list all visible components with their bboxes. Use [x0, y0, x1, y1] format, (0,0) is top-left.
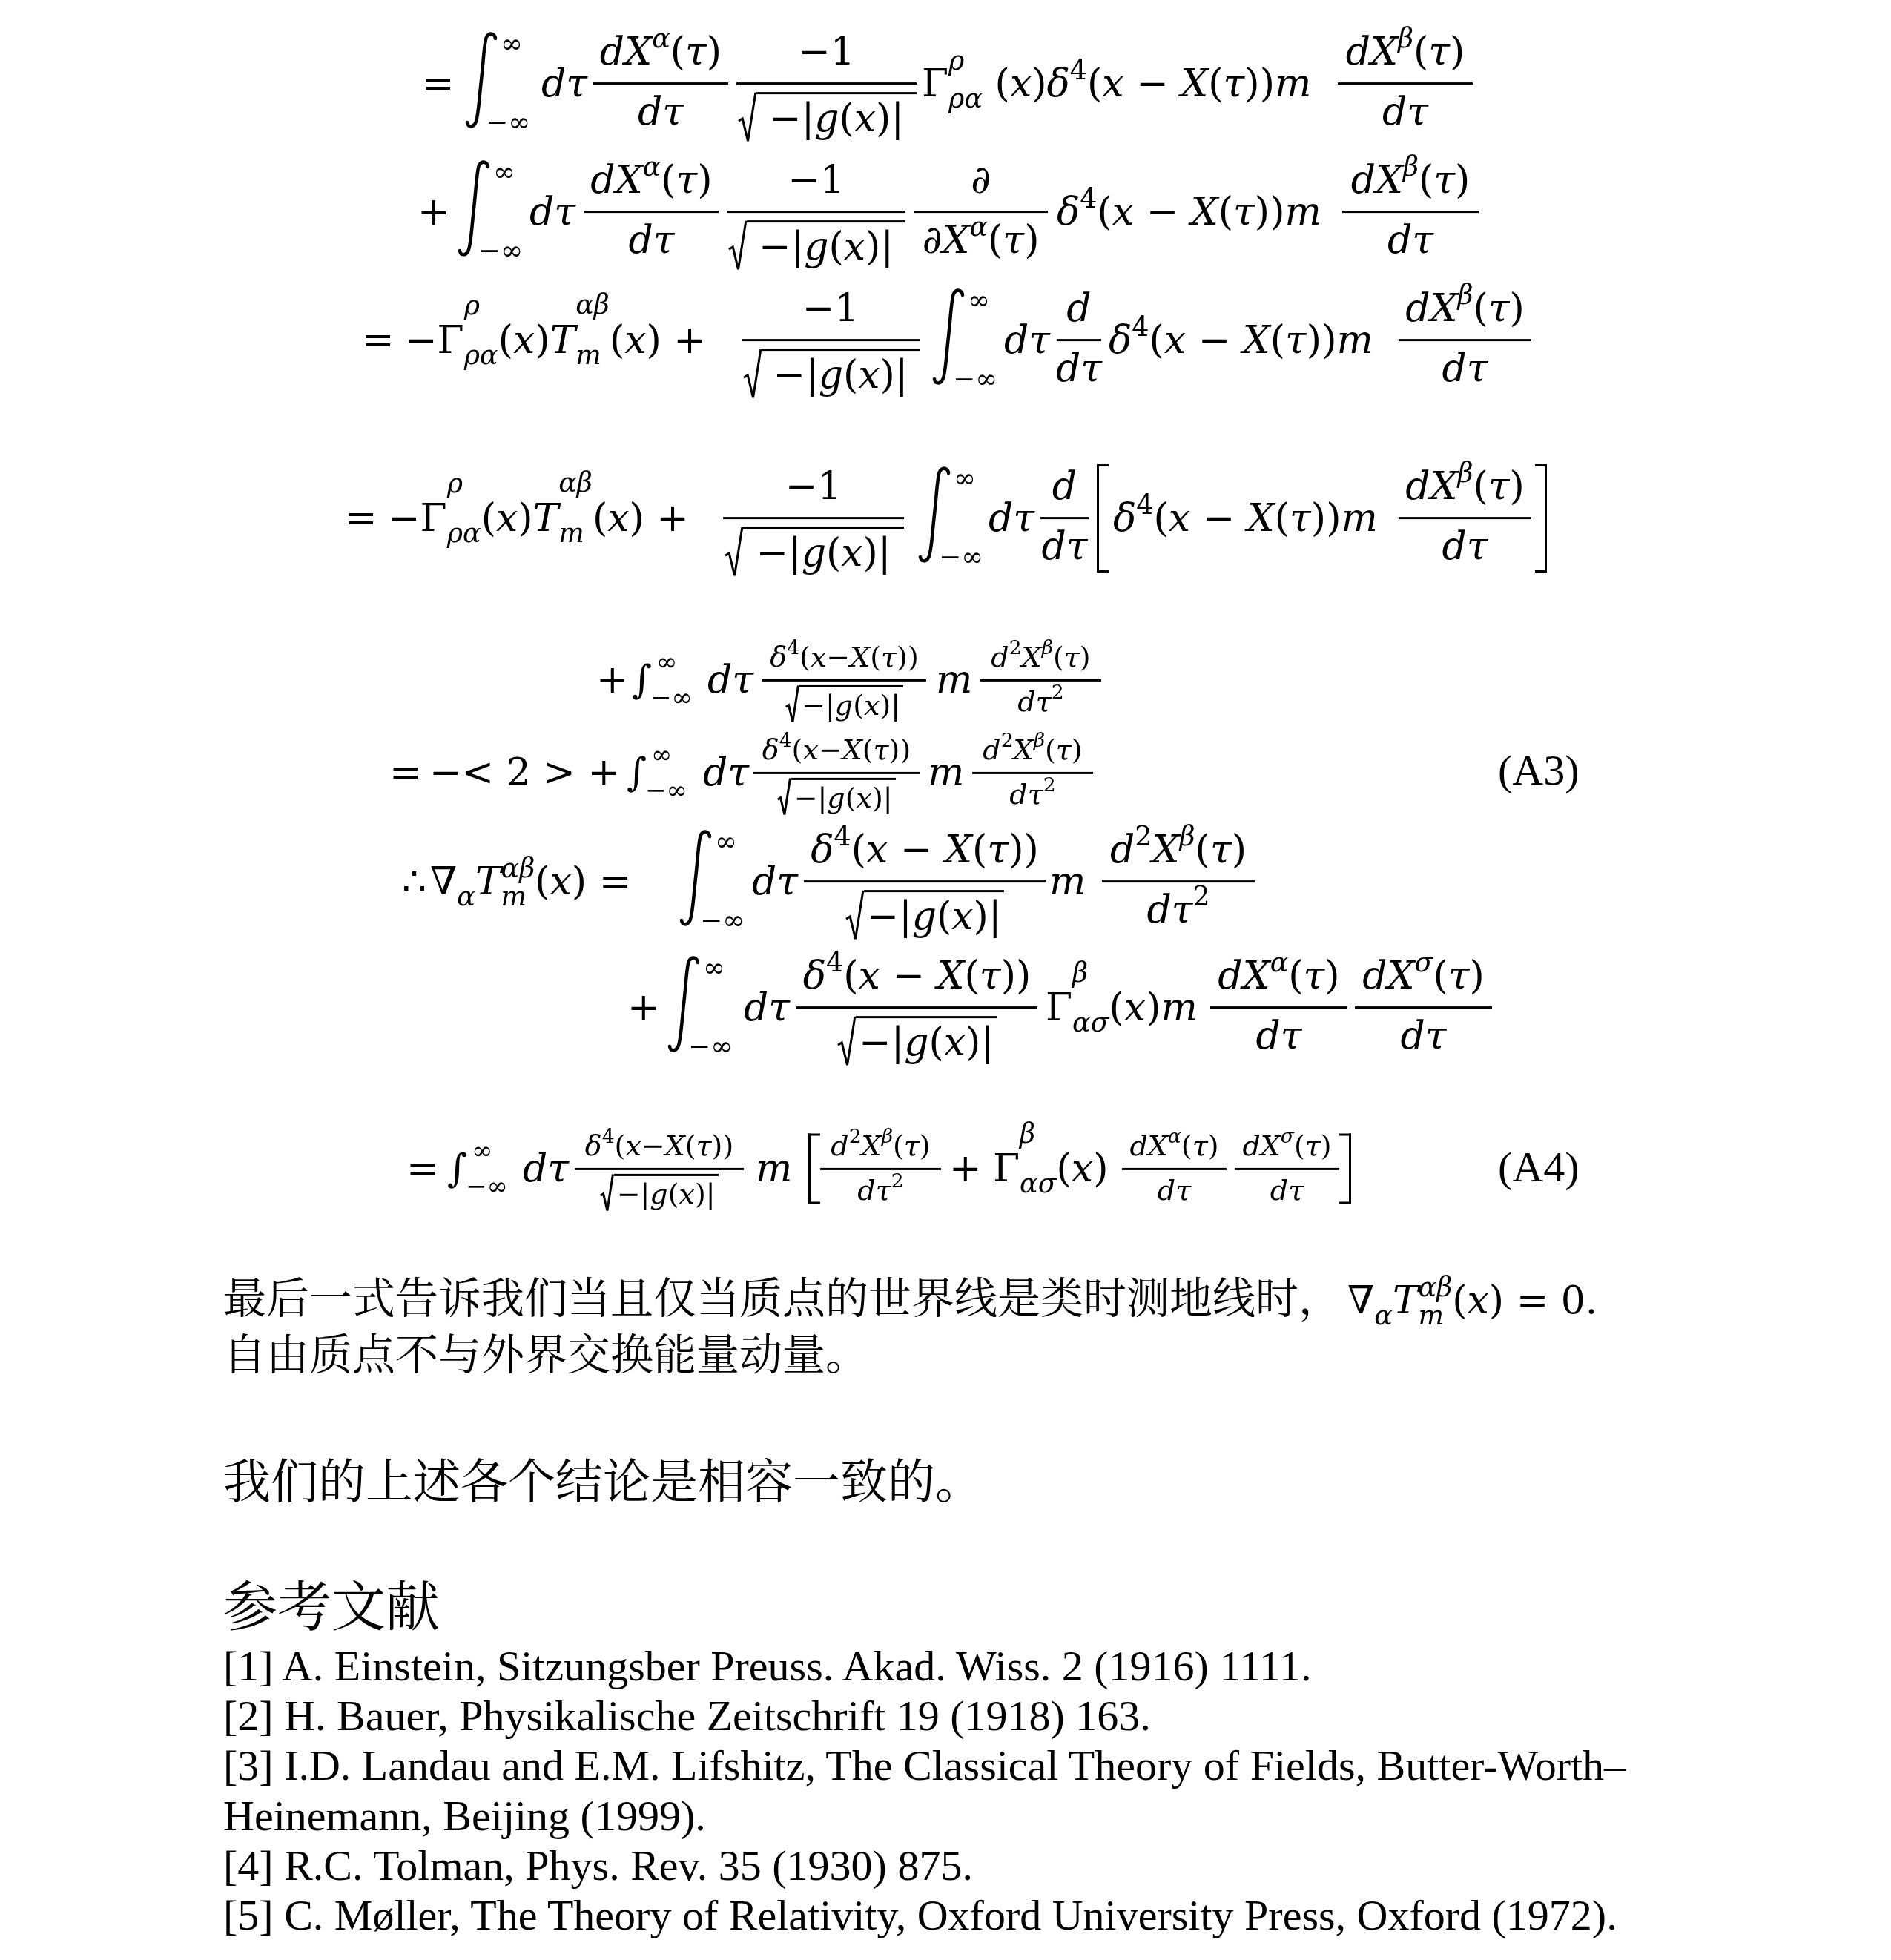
superscript: 4: [1136, 489, 1153, 521]
upright-glyph: −: [641, 1129, 665, 1162]
delta-function-term: δ4(x − X(τ))m: [1113, 495, 1378, 541]
upright-glyph: ): [1307, 318, 1321, 363]
left-square-bracket: [1097, 464, 1109, 573]
upright-glyph: ): [722, 1129, 733, 1162]
numerator-tail: (τ): [1473, 464, 1524, 509]
reference-item-2: [2] H. Bauer, Physikalische Zeitschrift …: [223, 1695, 1151, 1738]
fraction-second-derivative: d2Xβ(τ) dτ2: [820, 1129, 941, 1208]
term-text: (x): [1057, 1146, 1109, 1191]
numerator: ∂: [968, 157, 994, 211]
radical-sign-icon: [837, 1017, 856, 1066]
upright-glyph: (: [862, 733, 874, 766]
upright-glyph: −: [429, 750, 462, 795]
upright-glyph: −: [1146, 190, 1179, 234]
upright-glyph: −: [819, 733, 842, 766]
upright-glyph: ∞: [672, 683, 693, 713]
upright-glyph: (: [972, 828, 987, 872]
superscript: α: [643, 151, 661, 182]
upright-glyph: 2: [1009, 636, 1022, 659]
upright-glyph: >: [543, 750, 575, 795]
divergence-term: ∇αTαβm(x) =: [430, 859, 631, 905]
denominator: dτ: [1155, 1170, 1194, 1208]
equals-sign: =: [389, 750, 422, 796]
denominator: dτ: [1385, 214, 1436, 264]
right-square-bracket: [1339, 1134, 1351, 1204]
upright-glyph: (: [799, 641, 811, 673]
upright-glyph: ): [1080, 641, 1091, 673]
upright-glyph: (: [828, 225, 843, 270]
numerator-tail: (τ): [1181, 1129, 1219, 1162]
fraction-delta-over-sqrt-g: δ4(x−X(τ)) −|g(x)|: [762, 638, 926, 722]
upright-glyph: =: [389, 750, 422, 795]
denominator-text: dτ: [1382, 90, 1428, 135]
upright-glyph: (: [893, 1129, 904, 1162]
christoffel-term: Γασβ(x): [993, 1146, 1108, 1192]
denominator: dτ2: [854, 1170, 906, 1208]
denominator: dτ: [1038, 520, 1090, 570]
integral-sign-icon: ∫: [627, 750, 647, 796]
term-text: δ: [1057, 190, 1080, 234]
right-square-bracket: [1535, 464, 1547, 573]
differential-dtau: dτ: [752, 859, 798, 905]
upright-glyph: ∞: [703, 953, 725, 983]
numerator: −1: [785, 157, 848, 211]
upright-glyph: (: [965, 954, 980, 998]
equals-sign: =: [422, 61, 455, 107]
upright-glyph: 1: [817, 464, 842, 509]
superscript: β: [1042, 636, 1053, 659]
fraction-dX-beta-over-dtau: dXβ(τ) dτ: [1399, 286, 1531, 395]
upper-limit: ∞: [493, 159, 523, 186]
numerator-mid: X: [1152, 828, 1180, 872]
lower-limit: −∞: [939, 544, 983, 571]
tensor-symbol: T: [475, 859, 501, 904]
upright-glyph: (: [593, 496, 607, 541]
upright-glyph: ): [1244, 62, 1259, 106]
numerator-tail: (x−X(τ)): [615, 1129, 734, 1162]
left-square-bracket: [808, 1134, 820, 1204]
document-page: = ∞−∞ dτ dXα(τ) dτ −1 −|g(x)| Γραρ (x)δ4…: [0, 0, 1891, 1960]
upright-glyph: |: [818, 782, 828, 814]
fraction-delta-over-sqrt-g: δ4(x − X(τ)) −|g(x)|: [796, 949, 1037, 1066]
denominator-text: dτ: [1387, 219, 1433, 263]
denominator: dτ: [1439, 342, 1491, 392]
fraction-partial-derivative: ∂ ∂Xα(τ): [914, 157, 1048, 267]
upright-glyph: (: [1413, 30, 1428, 74]
script-stack: ασβ: [1020, 1146, 1056, 1192]
upright-glyph: ): [535, 318, 550, 363]
upright-glyph: −: [650, 683, 672, 713]
script-stack: αβm: [1419, 1278, 1453, 1324]
lower-limit: −∞: [953, 366, 997, 393]
radicand: −|g(x)|: [791, 778, 896, 816]
numerator-text: −1: [798, 30, 855, 74]
square-root: −|g(x)|: [725, 527, 904, 577]
radicand: −|g(x)|: [756, 93, 917, 142]
denominator: dτ: [635, 85, 687, 136]
upright-glyph: ): [900, 733, 911, 766]
superscript: β: [1180, 820, 1195, 852]
upright-glyph: (: [1097, 190, 1112, 234]
upright-glyph: ): [518, 496, 532, 541]
upright-glyph: Γ: [922, 62, 948, 106]
upright-glyph: −: [867, 895, 900, 940]
upright-glyph: 2: [891, 1169, 904, 1192]
upright-glyph: (: [1473, 286, 1488, 331]
upright-glyph: ): [1270, 190, 1284, 234]
upright-glyph: ): [1146, 986, 1161, 1030]
upright-glyph: ): [1489, 1278, 1504, 1323]
upright-glyph: (: [928, 1021, 943, 1066]
integral-limits: ∞−∞: [652, 650, 693, 710]
differential-dtau: dτ: [523, 1146, 569, 1192]
fraction-dX-alpha-over-dtau: dXα(τ) dτ: [1210, 953, 1347, 1063]
plus-sign: +: [627, 985, 660, 1031]
upright-glyph: −: [756, 532, 789, 576]
upper-limit: ∞: [651, 742, 687, 768]
radical-sign-icon: [738, 93, 756, 142]
numerator-base: δ: [803, 954, 826, 998]
numerator-base: d: [991, 641, 1009, 673]
superscript: ρ: [948, 44, 964, 77]
upright-glyph: (: [839, 97, 854, 142]
denominator: ∂Xα(τ): [920, 214, 1043, 264]
upper-limit: ∞: [954, 466, 983, 492]
numerator: d: [1049, 463, 1080, 517]
upright-glyph: ∞: [472, 1136, 492, 1166]
fraction-second-derivative: d2Xβ(τ) dτ2: [1102, 827, 1255, 937]
upright-glyph: (: [1473, 464, 1488, 509]
upright-glyph: (: [661, 158, 676, 202]
fraction-second-derivative: d2Xβ(τ) dτ2: [980, 641, 1101, 719]
upright-glyph: ): [697, 158, 712, 202]
lower-limit: −∞: [478, 238, 523, 265]
radical-sign-icon: [728, 221, 747, 271]
upright-glyph: |: [989, 895, 1002, 940]
display-integral: ∞−∞: [932, 288, 997, 393]
upright-glyph: =: [362, 318, 395, 363]
upright-glyph: ): [872, 782, 883, 814]
upright-glyph: +: [656, 496, 689, 541]
upright-glyph: Γ: [420, 496, 447, 541]
denominator: dτ2: [1143, 883, 1212, 934]
superscript: αβ: [558, 466, 593, 498]
integral-limits: ∞−∞: [647, 742, 687, 803]
superscript: α: [652, 22, 670, 54]
integral-limits: ∞−∞: [951, 466, 983, 571]
radicand: −|g(x)|: [614, 1174, 719, 1212]
mass-symbol: m: [928, 750, 964, 796]
numerator-tail: (x−X(τ)): [792, 733, 911, 766]
denominator-text: dτ: [1146, 888, 1192, 933]
denominator: −|g(x)|: [597, 1170, 721, 1212]
upright-glyph: ): [863, 532, 878, 576]
upright-glyph: ∞: [715, 827, 737, 857]
numerator-base: dX: [1405, 464, 1457, 509]
numerator-mid: X: [1022, 641, 1042, 673]
superscript: ρ: [447, 467, 463, 500]
upright-glyph: −: [788, 158, 820, 202]
upright-glyph: ): [889, 733, 900, 766]
denominator-text: dτ: [1400, 1014, 1446, 1059]
square-root: −|g(x)|: [743, 349, 920, 399]
numerator: −1: [795, 29, 858, 82]
superscript: β: [1020, 1118, 1035, 1150]
superscript: 2: [891, 1169, 904, 1192]
upright-glyph: ): [1001, 954, 1016, 998]
upright-glyph: Γ: [993, 1146, 1020, 1191]
denominator-text: dτ: [1056, 347, 1102, 392]
upright-glyph: |: [980, 1021, 994, 1066]
numerator: dXα(τ): [1215, 953, 1342, 1006]
reference-item-1: [1] A. Einstein, Sitzungsber Preuss. Aka…: [223, 1645, 1311, 1688]
upright-glyph: (: [845, 782, 857, 814]
upright-glyph: (: [1109, 986, 1124, 1030]
fraction-dX-sigma-over-dtau: dXσ(τ) dτ: [1235, 1129, 1339, 1208]
christoffel-term: Γασβ(x)m: [1046, 985, 1198, 1031]
upright-glyph: ∞: [501, 29, 523, 59]
fraction-delta-over-sqrt-g: δ4(x−X(τ)) −|g(x)|: [575, 1126, 744, 1211]
numerator-tail: (τ): [1413, 30, 1465, 74]
term-text: (x − X(τ))m: [1149, 318, 1373, 363]
upright-glyph: ): [1510, 286, 1525, 331]
fraction-delta-over-sqrt-g: δ4(x − X(τ)) −|g(x)|: [804, 823, 1046, 940]
numerator-tail: (τ): [1288, 954, 1339, 998]
upright-glyph: 0: [1561, 1278, 1585, 1323]
integral-limits: ∞−∞: [965, 288, 997, 393]
lower-limit: −∞: [688, 1034, 733, 1060]
numerator-base: δ: [811, 828, 834, 872]
upright-glyph: (: [1195, 828, 1210, 872]
superscript: β: [882, 1125, 893, 1148]
numerator: dXα(τ): [587, 157, 715, 211]
upright-glyph: −: [769, 97, 802, 142]
upright-glyph: ): [630, 496, 644, 541]
upright-glyph: 2: [1192, 880, 1209, 912]
numerator-text: −1: [788, 158, 845, 202]
denominator: dτ: [1267, 1170, 1307, 1208]
upright-glyph: (: [498, 318, 513, 363]
mass-symbol: m: [756, 1146, 792, 1192]
reference-item-3: [3] I.D. Landau and E.M. Lifshitz, The C…: [223, 1744, 1626, 1787]
gamma-symbol: Γ: [993, 1146, 1020, 1191]
term-text: −Γ: [405, 318, 464, 363]
superscript: αβ: [575, 288, 610, 320]
upright-glyph: ): [880, 689, 891, 722]
upright-glyph: ∞: [656, 647, 677, 677]
upright-glyph: ∞: [975, 364, 997, 395]
subscript: α: [1374, 1299, 1393, 1331]
radical-sign-icon: [600, 1174, 613, 1212]
numerator-mid: X: [862, 1129, 882, 1162]
denominator: −|g(x)|: [782, 682, 906, 723]
integral-limits: ∞−∞: [712, 829, 745, 934]
upright-glyph: 4: [834, 820, 851, 852]
upper-limit: ∞: [703, 955, 733, 982]
upright-glyph: 1: [820, 158, 845, 202]
numerator-tail: (τ): [1294, 1129, 1332, 1162]
numerator-base: dX: [600, 30, 652, 74]
superscript: 4: [602, 1125, 615, 1148]
superscript: 4: [826, 946, 843, 978]
numerator-base: dX: [1346, 30, 1398, 74]
upright-glyph: ∞: [651, 740, 672, 770]
upright-glyph: ∞: [954, 463, 976, 494]
upright-glyph: ): [1009, 828, 1023, 872]
reference-item-4: [4] R.C. Tolman, Phys. Rev. 35 (1930) 87…: [223, 1844, 973, 1887]
fraction-minus-one-over-sqrt-g: −1 −|g(x)|: [736, 25, 917, 142]
denominator-text: dτ: [1442, 347, 1488, 392]
upright-glyph: ): [1093, 1146, 1108, 1191]
denominator: dτ2: [1014, 682, 1066, 719]
plus-sign: +: [596, 657, 629, 703]
display-integral: ∞−∞: [679, 829, 745, 934]
denominator-text: dτ: [1017, 685, 1051, 718]
denominator: dτ: [1397, 1009, 1449, 1060]
numerator-tail: (x − X(τ)): [843, 954, 1031, 998]
upright-glyph: −: [1203, 496, 1235, 541]
upright-glyph: ): [1208, 1129, 1219, 1162]
numerator: δ4(x − X(τ)): [800, 953, 1034, 1006]
upright-glyph: −: [617, 1178, 641, 1210]
denominator: dτ: [1253, 1009, 1304, 1060]
numerator: dXα(τ): [1126, 1129, 1221, 1168]
radical-sign-icon: [845, 891, 864, 940]
upright-glyph: |: [805, 354, 819, 398]
display-integral: ∞−∞: [667, 955, 733, 1060]
upper-limit: ∞: [968, 288, 997, 314]
numerator-tail: (x−X(τ)): [799, 641, 919, 673]
upright-glyph: 2: [1135, 820, 1152, 852]
script-stack: αβm: [575, 317, 610, 363]
upright-glyph: ∫: [627, 750, 647, 795]
upright-glyph: |: [825, 689, 835, 722]
denominator-text: dτ: [1255, 1014, 1301, 1059]
upright-glyph: (: [843, 954, 858, 998]
equation-label-a4: (A4): [1498, 1146, 1580, 1189]
upright-glyph: +: [673, 318, 706, 363]
gamma-symbol: Γ: [1046, 986, 1072, 1030]
script-stack: ασβ: [1072, 985, 1109, 1031]
numerator-text: −1: [785, 464, 842, 509]
upright-glyph: ): [1260, 62, 1275, 106]
fraction-dX-alpha-over-dtau: dXα(τ) dτ: [1122, 1129, 1227, 1208]
christoffel-stress-term: −Γραρ(x)Tαβm(x) +: [388, 495, 689, 541]
upright-glyph: Γ: [438, 318, 464, 363]
differential-dtau: dτ: [703, 750, 749, 796]
delta-function-term: δ4(x − X(τ))m: [1109, 317, 1373, 363]
upright-glyph: (: [1294, 1129, 1305, 1162]
superscript: 2: [1009, 636, 1022, 659]
upright-glyph: (: [1419, 158, 1433, 202]
superscript: ρ: [464, 289, 480, 322]
differential-dtau: dτ: [989, 495, 1034, 541]
numerator: dXβ(τ): [1343, 29, 1468, 82]
numerator-tail: (x − X(τ)): [851, 828, 1039, 872]
numerator: dXα(τ): [597, 29, 725, 82]
upright-glyph: (: [1153, 496, 1168, 541]
differential-dtau: dτ: [1004, 317, 1050, 363]
upright-glyph: =: [345, 496, 377, 541]
upright-glyph: (: [1452, 1278, 1467, 1323]
upright-glyph: ): [966, 1021, 980, 1066]
upright-glyph: ): [865, 225, 880, 270]
upright-glyph: −: [892, 954, 925, 998]
inline-integral: ∫∞−∞: [447, 1138, 508, 1199]
term-text: δ: [1109, 318, 1132, 363]
superscript: 4: [1080, 182, 1097, 214]
fraction-dX-alpha-over-dtau: dXα(τ) dτ: [593, 29, 728, 139]
term-text: (x − X(τ))m: [1087, 62, 1311, 106]
plus-sign: +: [949, 1146, 982, 1192]
superscript: 2: [1192, 880, 1209, 912]
superscript: 4: [834, 820, 851, 852]
upright-glyph: ∴: [402, 859, 426, 904]
paragraph-line-2: 自由质点不与外界交换能量动量。: [223, 1334, 868, 1377]
upright-glyph: (: [1053, 641, 1064, 673]
lower-limit: −∞: [466, 1174, 508, 1199]
numerator: d: [1063, 286, 1094, 339]
radicand: −|g(x)|: [864, 891, 1005, 940]
display-integral: ∞−∞: [918, 466, 983, 571]
script-stack: ραρ: [447, 495, 481, 541]
numerator-base: dX: [590, 158, 642, 202]
upright-glyph: −: [859, 1021, 891, 1066]
superscript: 2: [849, 1125, 862, 1148]
upright-glyph: ): [695, 1178, 706, 1210]
upright-glyph: ): [908, 641, 919, 673]
denominator: −|g(x)|: [842, 883, 1008, 940]
upright-glyph: (: [481, 496, 496, 541]
denominator-text: dτ: [628, 219, 674, 263]
upright-glyph: |: [891, 97, 904, 142]
numerator: d2Xβ(τ): [988, 641, 1093, 679]
term-text: (x) =: [535, 859, 631, 904]
upright-glyph: =: [422, 62, 455, 106]
upright-glyph: ): [1016, 954, 1031, 998]
upright-glyph: (: [937, 895, 951, 940]
upper-limit: ∞: [656, 650, 693, 675]
mass-symbol: m: [936, 657, 972, 703]
numerator-base: dX: [1405, 286, 1457, 331]
square-root: −|g(x)|: [845, 891, 1005, 940]
upright-glyph: ∞: [968, 286, 990, 316]
conclusion-sentence: 我们的上述各个结论是相容一致的。: [223, 1459, 983, 1506]
upright-glyph: ): [876, 97, 891, 142]
numerator: dXβ(τ): [1402, 463, 1528, 517]
upright-glyph: (: [826, 532, 841, 576]
denominator: dτ: [625, 214, 677, 264]
upright-glyph: 4: [1070, 54, 1087, 86]
superscript: β: [1398, 22, 1413, 54]
fraction-dX-beta-over-dtau: dXβ(τ) dτ: [1399, 463, 1531, 573]
numerator-tail: (τ): [1053, 641, 1091, 673]
inline-math-divergence-zero: ∇αTαβm(x) = 0.: [1347, 1278, 1597, 1324]
term-text: (x)T: [481, 496, 559, 541]
upright-glyph: 2: [1043, 773, 1056, 796]
upright-glyph: 2: [506, 750, 531, 795]
upright-glyph: (: [670, 30, 685, 74]
reference-item-5: [5] C. Møller, The Theory of Relativity,…: [223, 1894, 1617, 1937]
denominator: −|g(x)|: [736, 85, 917, 142]
numerator: d2Xβ(τ): [980, 733, 1085, 772]
upright-glyph: +: [949, 1146, 982, 1191]
upright-glyph: ∇: [1347, 1278, 1374, 1323]
upright-glyph: −: [939, 542, 961, 573]
upright-glyph: (: [615, 1129, 626, 1162]
numerator-text: d: [1052, 464, 1077, 509]
upper-limit: ∞: [472, 1138, 508, 1164]
